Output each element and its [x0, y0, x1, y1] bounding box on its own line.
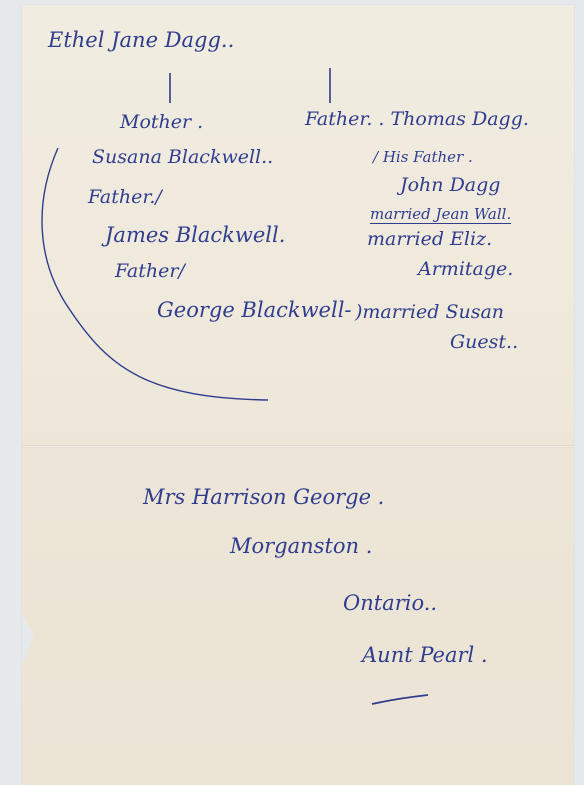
mother-label: Mother . [120, 113, 203, 132]
great-grandfather-spouse-2: Guest.. [450, 333, 518, 352]
address-line-2: Morganston . [230, 536, 372, 557]
his-father-label: / His Father . [373, 150, 473, 165]
father-label-2: Father./ [88, 188, 162, 207]
subject-name: Ethel Jane Dagg.. [48, 30, 234, 51]
great-grandfather-spouse-1: )married Susan [355, 303, 504, 322]
father-label: Father. . Thomas Dagg. [305, 110, 529, 129]
edge-tear [22, 615, 52, 665]
maternal-grandfather: James Blackwell. [105, 225, 285, 246]
maternal-grandfather-spouse-2: Armitage. [418, 260, 513, 279]
great-grandfather: George Blackwell- [157, 300, 352, 321]
mother-name: Susana Blackwell.. [92, 148, 273, 167]
paternal-grandfather: John Dagg [400, 176, 500, 195]
address-line-1: Mrs Harrison George . [143, 487, 384, 508]
address-line-3: Ontario.. [343, 593, 437, 614]
father-label-3: Father/ [115, 262, 185, 281]
fold-crease [22, 445, 574, 448]
signature: Aunt Pearl . [362, 645, 488, 666]
maternal-grandfather-spouse-1: married Eliz. [367, 230, 492, 249]
paternal-grandfather-spouse: married Jean Wall. [370, 207, 511, 224]
